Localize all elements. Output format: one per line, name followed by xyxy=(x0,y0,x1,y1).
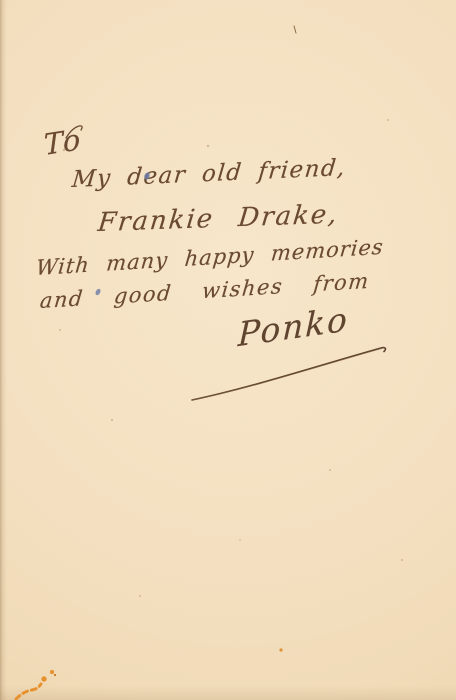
photograph-of-book-page: To My dear old friend, Frankie Drake, Wi… xyxy=(0,0,456,700)
inscription-line-to: To xyxy=(43,122,83,162)
aged-paper-background xyxy=(0,0,456,700)
